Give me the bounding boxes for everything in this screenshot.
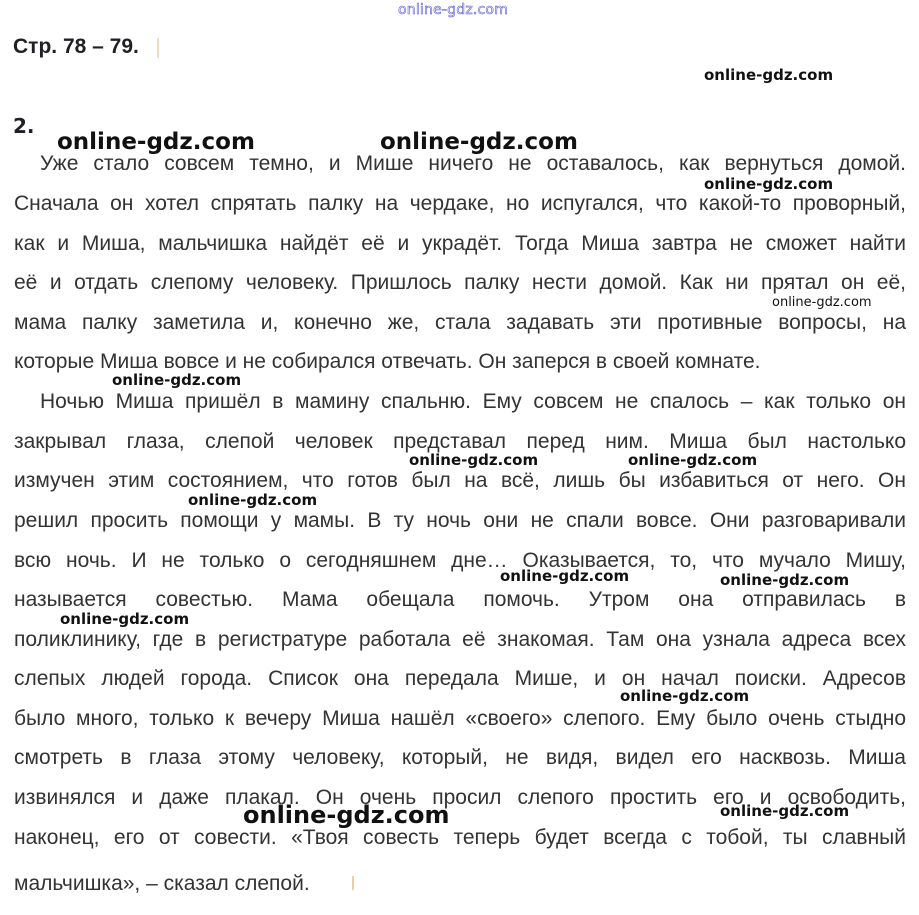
text-line: Уже стало совсем темно, и Мише ничего не… (40, 152, 906, 176)
text-line: измучен этим состоянием, что готов был н… (14, 469, 906, 493)
task-number: 2. (13, 114, 35, 138)
text-line: мальчишка», – сказал слепой. (14, 872, 906, 896)
watermark: online-gdz.com (380, 131, 578, 154)
text-line: мама палку заметила и, конечно же, стала… (14, 311, 906, 335)
end-mark (352, 876, 354, 890)
text-line: Ночью Миша пришёл в мамину спальню. Ему … (40, 390, 906, 414)
text-line: смотреть в глаза этому человеку, который… (14, 746, 906, 770)
watermark: online-gdz.com (409, 453, 538, 468)
watermark: online-gdz.com (620, 689, 749, 704)
watermark: online-gdz.com (57, 131, 255, 154)
watermark: online-gdz.com (704, 68, 833, 83)
watermark: online-gdz.com (60, 612, 189, 627)
watermark: online-gdz.com (720, 573, 849, 588)
watermark: online-gdz.com (720, 804, 849, 819)
text-line: наконец, его от совести. «Твоя совесть т… (14, 826, 906, 850)
watermark: online-gdz.com (704, 177, 833, 192)
watermark: online-gdz.com (112, 373, 241, 388)
watermark: online-gdz.com (772, 296, 872, 309)
text-line: называется совестью. Мама обещала помочь… (14, 588, 906, 612)
text-line: решил просить помощи у мамы. В ту ночь о… (14, 509, 906, 533)
text-line: поликлинику, где в регистратуре работала… (14, 628, 906, 652)
text-line: слепых людей города. Список она передала… (14, 667, 906, 691)
watermark: online-gdz.com (188, 493, 317, 508)
text-line: как и Миша, мальчишка найдёт её и украдё… (14, 232, 906, 256)
watermark: online-gdz.com (500, 569, 629, 584)
text-line: её и отдать слепому человеку. Пришлось п… (14, 271, 906, 295)
text-line: Сначала он хотел спрятать палку на черда… (14, 192, 906, 216)
text-line: было много, только к вечеру Миша нашёл «… (14, 707, 906, 731)
heading-mark (157, 38, 159, 58)
text-line: всю ночь. И не только о сегодняшнем дне…… (14, 549, 906, 573)
watermark: online-gdz.com (628, 453, 757, 468)
top-watermark: online-gdz.com (398, 2, 508, 18)
watermark: online-gdz.com (243, 803, 450, 827)
page-heading: Стр. 78 – 79. (13, 35, 139, 59)
